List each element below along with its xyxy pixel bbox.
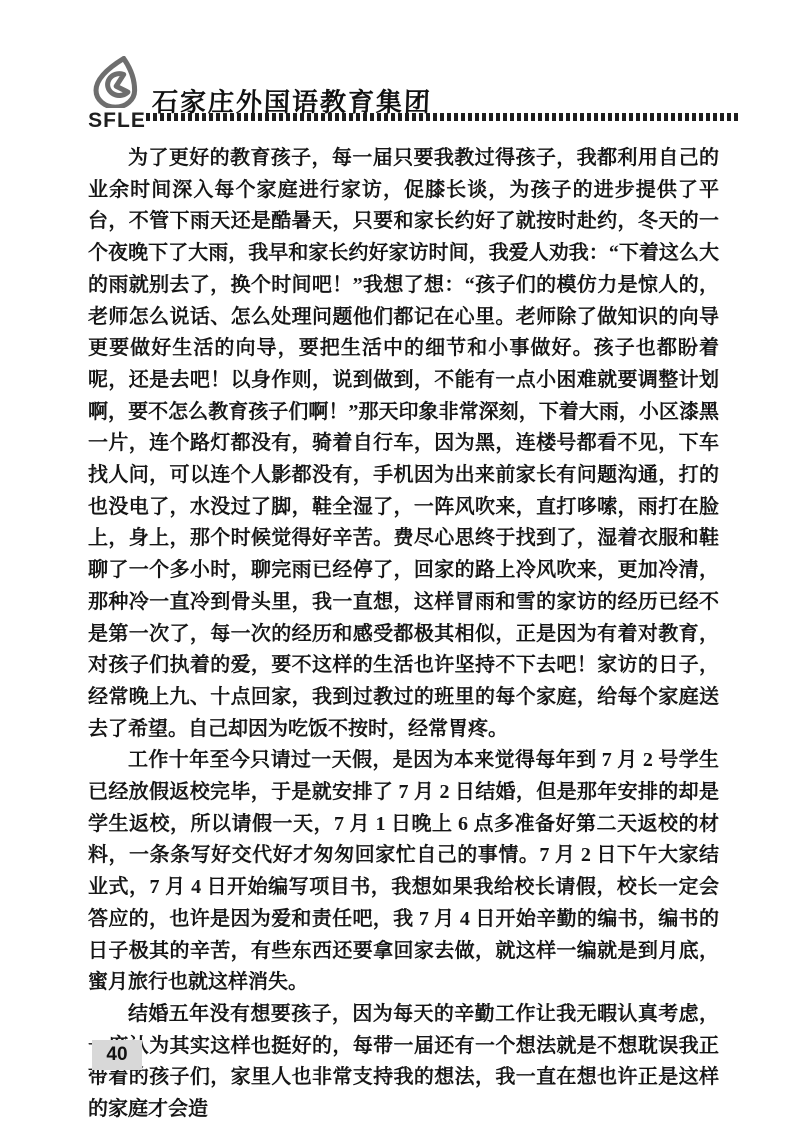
paragraph-married-five-years: 结婚五年没有想要孩子，因为每天的辛勤工作让我无暇认真考虑，一度认为其实这样也挺好… xyxy=(88,999,719,1126)
paragraph-home-visits: 为了更好的教育孩子，每一届只要我教过得孩子，我都利用自己的业余时间深入每个家庭进… xyxy=(88,143,719,745)
logo-acronym: SFLE xyxy=(86,110,148,131)
sfle-drop-logo-icon xyxy=(90,56,144,108)
book-page: SFLE 石家庄外国语教育集团 为了更好的教育孩子，每一届只要我教过得孩子，我都… xyxy=(0,0,803,1134)
page-number: 40 xyxy=(92,1040,142,1070)
dotted-rule-divider xyxy=(146,113,740,121)
page-content: 为了更好的教育孩子，每一届只要我教过得孩子，我都利用自己的业余时间深入每个家庭进… xyxy=(88,143,719,1126)
paragraph-one-day-leave: 工作十年至今只请过一天假，是因为本来觉得每年到 7 月 2 号学生已经放假返校完… xyxy=(88,745,719,999)
logo: SFLE xyxy=(86,56,148,131)
